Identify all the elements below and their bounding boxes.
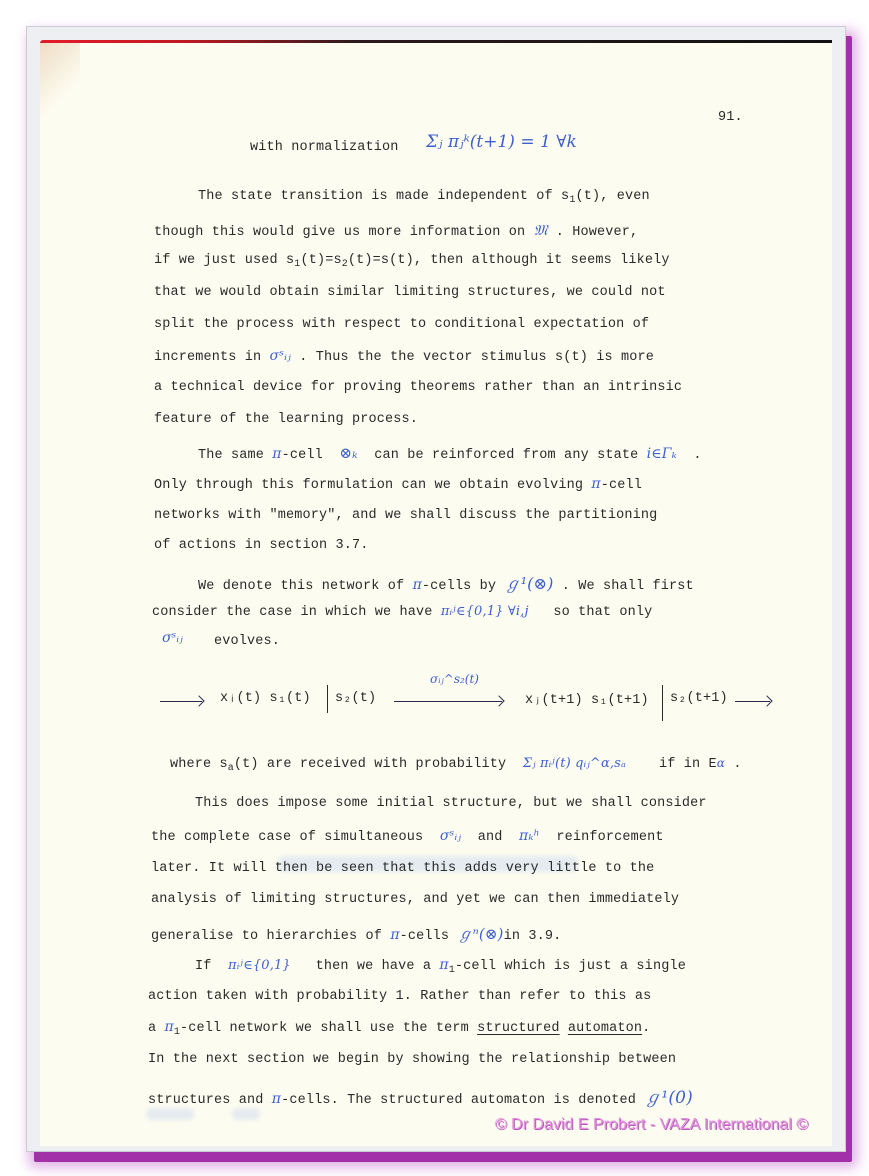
divider <box>327 685 328 713</box>
term-automaton: automaton <box>568 1021 642 1036</box>
handwritten-symbol: ℊ¹(0) <box>644 1088 693 1108</box>
p5-line-5: structures and π-cells. The structured a… <box>148 1083 693 1108</box>
blue-smudge <box>232 1108 260 1120</box>
handwritten-symbol: ℊⁿ(⊗) <box>457 925 503 943</box>
p3-handwritten-sigma: σˢᵢⱼ <box>162 630 183 646</box>
p4-line-2: the complete case of simultaneous σˢᵢⱼ a… <box>151 828 664 845</box>
handwritten-symbol: π <box>591 476 600 492</box>
handwritten-symbol: ℊ¹(⊗) <box>504 574 553 593</box>
term-structured: structured <box>477 1021 560 1036</box>
p3-line-3: evolves. <box>214 634 280 649</box>
text: a <box>148 1021 156 1036</box>
copyright-watermark: © Dr David E Probert - VAZA Internationa… <box>495 1116 808 1134</box>
text: so that only <box>553 605 652 620</box>
diagram-left-s2: s₂(t) <box>335 691 376 706</box>
handwritten-symbol: σˢᵢⱼ <box>270 348 291 364</box>
handwritten-symbol: πᵢʲ∈{0,1} ∀i,j <box>441 604 529 619</box>
p1-line-1: The state transition is made independent… <box>198 189 650 206</box>
p2-line-2: Only through this formulation can we obt… <box>154 476 642 493</box>
handwritten-symbol: α <box>717 756 725 770</box>
text: -cells by <box>422 579 496 594</box>
p1-line-6: increments in σˢᵢⱼ . Thus the the vector… <box>154 348 654 365</box>
handwritten-symbol: π <box>390 927 399 943</box>
p4-line-3: later. It will then be seen that this ad… <box>151 861 654 876</box>
text: We denote this network of <box>198 579 404 594</box>
diagram-left-state: xᵢ(t) s₁(t) <box>220 691 311 706</box>
normalization-formula: Σⱼ πⱼᵏ(t+1) = 1 ∀k <box>426 132 577 152</box>
p1-line-3: if we just used s1(t)=s2(t)=s(t), then a… <box>154 253 670 270</box>
text: if in E <box>659 757 717 772</box>
p2-line-3: networks with "memory", and we shall dis… <box>154 508 657 523</box>
p1-line-5: split the process with respect to condit… <box>154 317 649 332</box>
p2-line-4: of actions in section 3.7. <box>154 538 369 553</box>
arrow-icon <box>394 701 502 702</box>
page-top-edge <box>40 40 832 43</box>
text: then we have a <box>316 959 432 974</box>
handwritten-formula: Σⱼ πᵢʲ(t) qᵢⱼ^α,sₐ <box>523 756 626 771</box>
handwritten-symbol: σˢᵢⱼ <box>440 828 461 844</box>
p1-line-4: that we would obtain similar limiting st… <box>154 285 666 300</box>
text: reinforcement <box>556 830 663 845</box>
handwritten-symbol: π <box>165 1019 174 1035</box>
text: consider the case in which we have <box>152 605 433 620</box>
handwritten-symbol: π <box>439 957 448 973</box>
text: -cell network we shall use the term <box>180 1021 469 1036</box>
text: structures and <box>148 1093 264 1108</box>
text: -cells. The structured automaton is deno… <box>281 1093 636 1108</box>
text: though this would give us more informati… <box>154 225 525 240</box>
handwritten-symbol: ⊗ₖ <box>339 444 357 462</box>
document-page: 91. with normalization Σⱼ πⱼᵏ(t+1) = 1 ∀… <box>40 40 832 1146</box>
text: Only through this formulation can we obt… <box>154 478 583 493</box>
p5-line-3: a π1-cell network we shall use the term … <box>148 1019 650 1038</box>
text: . Thus the the vector stimulus s(t) is m… <box>299 350 654 365</box>
p5-line-2: action taken with probability 1. Rather … <box>148 989 651 1004</box>
text: if we just used s <box>154 253 294 268</box>
p5-line-1: If πᵢʲ∈{0,1} then we have a π1-cell whic… <box>195 957 686 976</box>
handwritten-symbol: 𝔐 <box>534 221 548 239</box>
text: (t)=s <box>300 253 341 268</box>
text: -cell <box>282 448 323 463</box>
text: The state transition is made independent… <box>198 189 569 204</box>
text: -cell <box>601 478 642 493</box>
text: in 3.9. <box>504 929 562 944</box>
handwritten-symbol: π <box>413 577 422 593</box>
page-corner-shade <box>40 43 80 133</box>
text: the complete case of simultaneous <box>151 830 423 845</box>
text: . We shall first <box>562 579 694 594</box>
text: (t)=s(t), then although it seems likely <box>348 253 670 268</box>
diagram-right-state: xⱼ(t+1) s₁(t+1) <box>525 691 649 708</box>
text: The same <box>198 448 264 463</box>
text: . However, <box>556 225 639 240</box>
p4-line-1: This does impose some initial structure,… <box>195 796 707 811</box>
diagram-right-s2: s₂(t+1) <box>670 691 728 706</box>
text: generalise to hierarchies of <box>151 929 382 944</box>
handwritten-symbol: π <box>272 1091 281 1107</box>
text: . <box>642 1021 650 1036</box>
text: and <box>478 830 503 845</box>
text: . <box>733 757 741 772</box>
p4-line-4: analysis of limiting structures, and yet… <box>151 892 679 907</box>
p1-line-2: though this would give us more informati… <box>154 221 638 240</box>
text: where s <box>170 757 228 772</box>
diagram-arrow-label: σᵢⱼ^s₂(t) <box>430 672 479 686</box>
text: increments in <box>154 350 261 365</box>
normalization-label: with normalization <box>250 140 399 155</box>
handwritten-symbol: πₖʰ <box>519 828 540 844</box>
blue-smudge <box>146 1108 194 1120</box>
p3-line-1: We denote this network of π-cells by ℊ¹(… <box>198 571 694 594</box>
p4-line-5: generalise to hierarchies of π-cells ℊⁿ(… <box>151 923 561 944</box>
text: If <box>195 959 212 974</box>
p2-line-1: The same π-cell ⊗ₖ can be reinforced fro… <box>198 444 702 463</box>
p1-line-8: feature of the learning process. <box>154 412 418 427</box>
text: (t), even <box>575 189 649 204</box>
text: -cell which is just a single <box>455 959 686 974</box>
text: can be reinforced from any state <box>374 448 638 463</box>
arrow-icon <box>735 701 770 702</box>
p3-line-2: consider the case in which we have πᵢʲ∈{… <box>152 604 652 620</box>
handwritten-symbol: πᵢʲ∈{0,1} <box>228 958 291 973</box>
page-number: 91. <box>718 110 743 125</box>
text: . <box>693 448 701 463</box>
where-line: where sa(t) are received with probabilit… <box>170 756 742 774</box>
handwritten-symbol: π <box>272 446 281 462</box>
text: (t) are received with probability <box>234 757 506 772</box>
p1-line-7: a technical device for proving theorems … <box>154 380 682 395</box>
p5-line-4: In the next section we begin by showing … <box>148 1052 676 1067</box>
handwritten-symbol: i∈Γₖ <box>647 446 677 462</box>
arrow-icon <box>160 701 202 702</box>
divider <box>662 685 663 721</box>
text: -cells <box>400 929 450 944</box>
